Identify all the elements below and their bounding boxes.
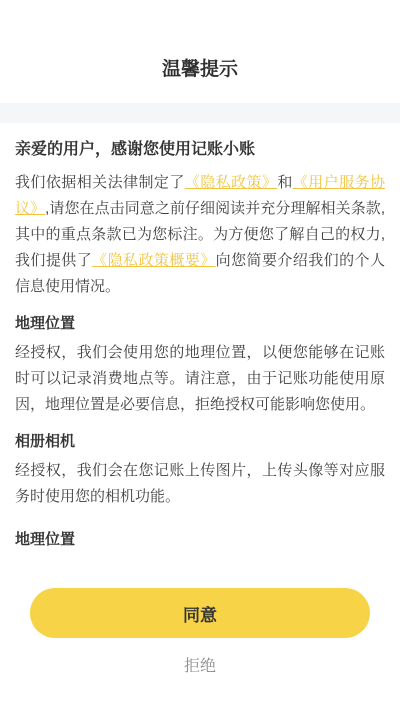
dialog-actions: 同意 拒绝 xyxy=(0,588,400,682)
dialog-title: 温馨提示 xyxy=(0,55,400,84)
section-camera: 相册相机 经授权，我们会在您记账上传图片，上传头像等对应服务时使用您的相机功能。 xyxy=(15,432,385,510)
intro-text-1: 我们依据相关法律制定了 xyxy=(15,174,185,191)
dialog-header: 温馨提示 xyxy=(0,0,400,103)
section-location-body: 经授权，我们会使用您的地理位置，以便您能够在记账时可以记录消费地点等。请注意，由… xyxy=(15,340,385,418)
section-location-heading: 地理位置 xyxy=(15,314,385,334)
dialog: 温馨提示 亲爱的用户，感谢您使用记账小账 我们依据相关法律制定了《隐私政策》和《… xyxy=(0,0,400,711)
section-location: 地理位置 经授权，我们会使用您的地理位置，以便您能够在记账时可以记录消费地点等。… xyxy=(15,314,385,418)
privacy-dialog-screen: { "dialog": { "title": "温馨提示", "greeting… xyxy=(0,0,400,711)
greeting-heading: 亲爱的用户，感谢您使用记账小账 xyxy=(15,139,385,161)
agree-button[interactable]: 同意 xyxy=(30,588,370,638)
privacy-policy-summary-link[interactable]: 《隐私政策概要》 xyxy=(92,252,215,269)
section-location-2-heading: 地理位置 xyxy=(15,530,385,550)
section-camera-body: 经授权，我们会在您记账上传图片，上传头像等对应服务时使用您的相机功能。 xyxy=(15,458,385,510)
intro-paragraph: 我们依据相关法律制定了《隐私政策》和《用户服务协议》,请您在点击同意之前仔细阅读… xyxy=(15,170,385,300)
dialog-content: 亲爱的用户，感谢您使用记账小账 我们依据相关法律制定了《隐私政策》和《用户服务协… xyxy=(0,123,400,550)
header-divider xyxy=(0,103,400,123)
reject-button[interactable]: 拒绝 xyxy=(164,647,236,682)
privacy-policy-link[interactable]: 《隐私政策》 xyxy=(185,174,278,191)
section-location-2: 地理位置 xyxy=(15,530,385,550)
section-camera-heading: 相册相机 xyxy=(15,432,385,452)
intro-text-2: 和 xyxy=(277,174,292,191)
